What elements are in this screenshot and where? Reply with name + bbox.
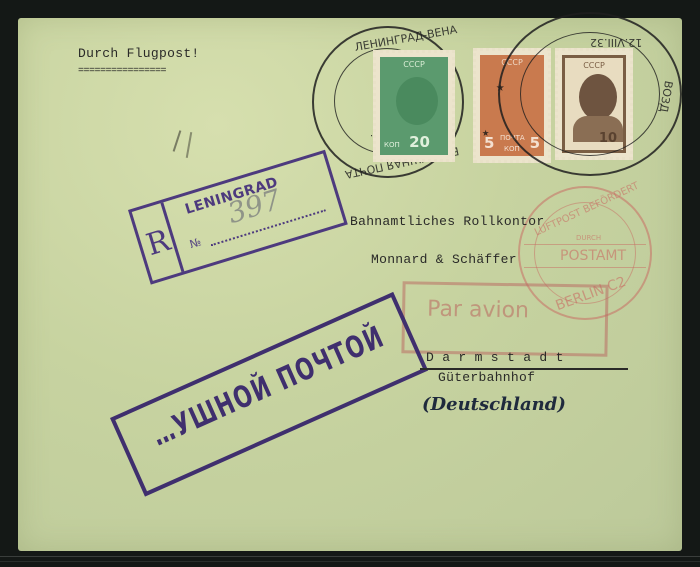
address-city: D a r m s t a d t [426, 350, 564, 365]
par-avion-text: Par avion [427, 297, 529, 324]
address-line-2: Monnard & Schäffer [371, 252, 517, 267]
stamp-20-kop: СССР КОП 20 [373, 50, 455, 162]
address-line-1: Bahnamtliches Rollkontor [350, 214, 544, 229]
pencil-mark [186, 132, 192, 158]
airmail-stamp: …УШНОЙ ПОЧТОЙ [110, 292, 428, 497]
airmail-text: …УШНОЙ ПОЧТОЙ [147, 319, 390, 453]
pencil-mark [173, 130, 182, 152]
header-note: Durch Flugpost! [78, 46, 200, 61]
envelope: Durch Flugpost! ================ ЛЕНИНГР… [18, 18, 682, 551]
stamp-value: 20 [409, 133, 430, 151]
postmark-date: 12.VIII.32 [590, 36, 642, 49]
stamp-value: 5 [484, 134, 494, 152]
address-country: (Deutschland) [422, 394, 566, 415]
registration-label: R LENINGRAD № 397 [128, 150, 348, 285]
par-avion-stamp: Par avion [401, 281, 608, 357]
address-line-4: Güterbahnhof [438, 370, 535, 385]
frame-edge [0, 561, 700, 562]
postmark-right: 12.VIII.32 ВОЗД [498, 12, 682, 176]
postmark-side-text: ВОЗД [657, 80, 675, 114]
stamp-portrait [396, 77, 438, 125]
header-underline: ================ [78, 66, 166, 77]
postmark-ring [520, 32, 660, 156]
frame-edge [0, 556, 700, 557]
